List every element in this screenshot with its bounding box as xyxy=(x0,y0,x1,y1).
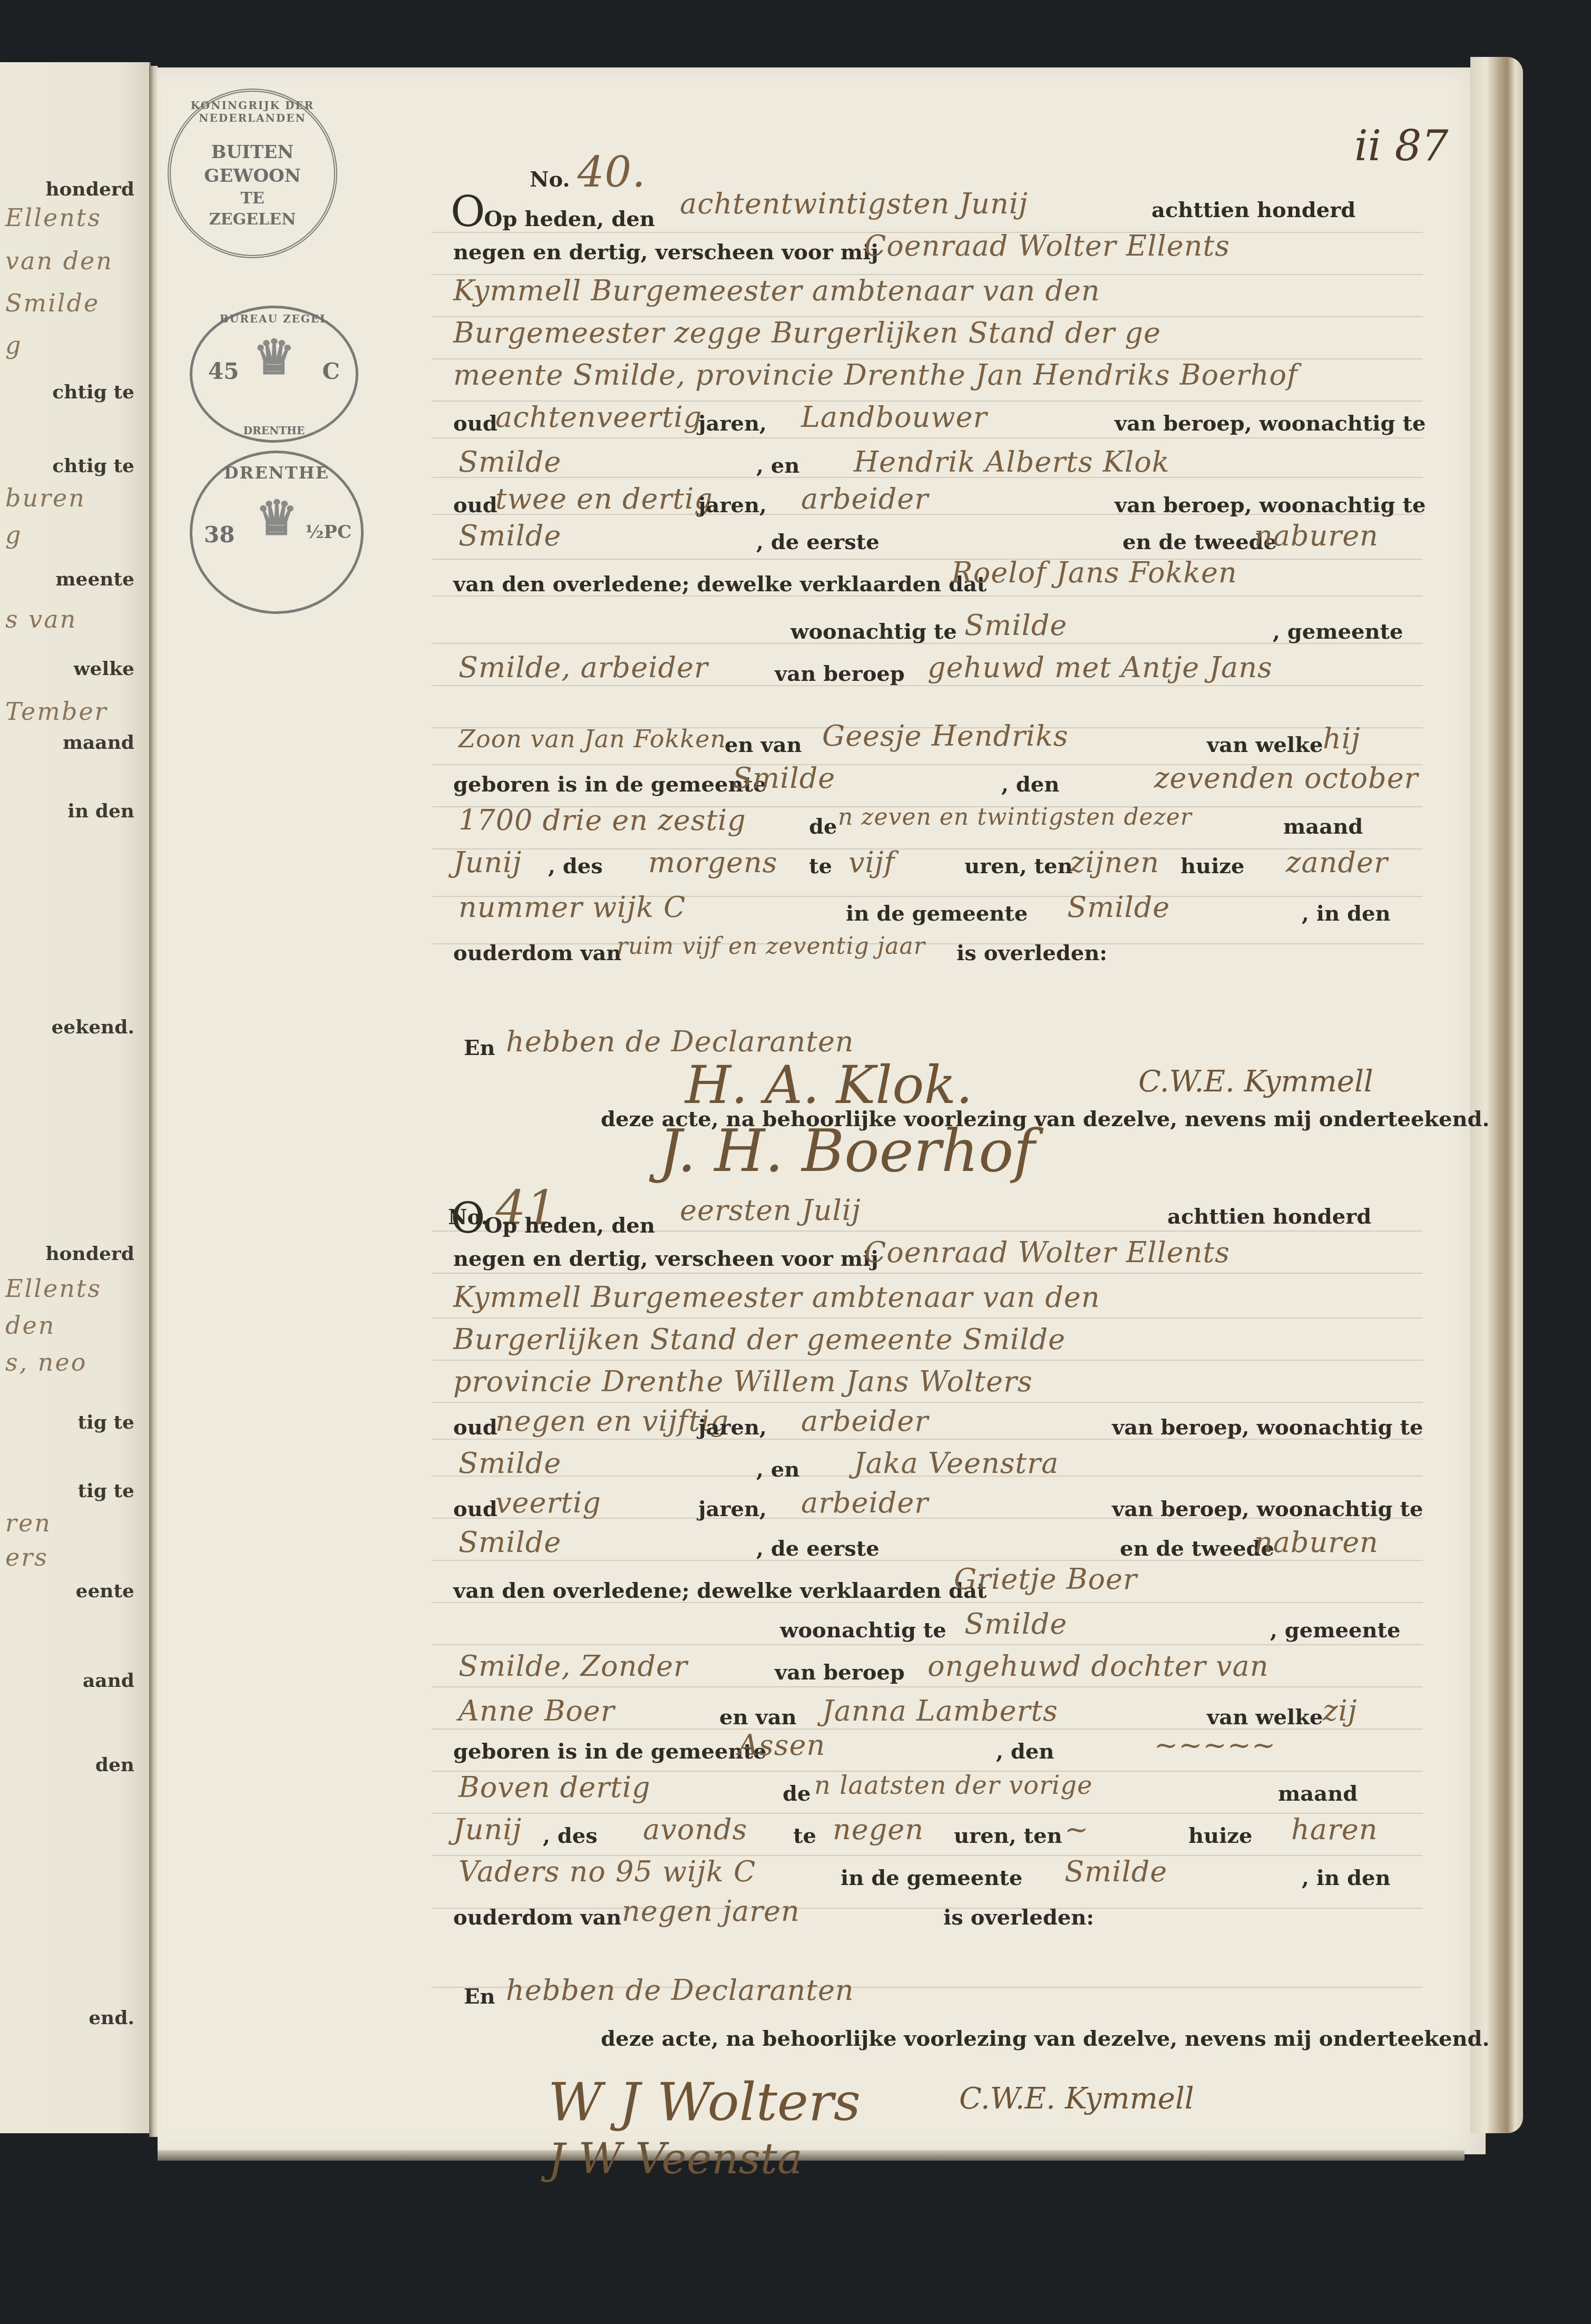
birth-year: 1700 drie en zestig xyxy=(458,804,746,837)
printed-text: , de eerste xyxy=(756,1536,880,1561)
stamp-letter: C xyxy=(323,358,340,384)
left-page-handwriting: ers xyxy=(5,1543,48,1571)
printed-text: , des xyxy=(548,854,603,878)
father-name: Anne Boer xyxy=(458,1694,615,1727)
left-page-handwriting: buren xyxy=(5,484,86,512)
signature: J W Veensta xyxy=(548,2134,803,2183)
printed-text: negen en dertig, verscheen voor mij xyxy=(453,1246,879,1271)
stamp-ring-text: BUREAU ZEGEL xyxy=(192,313,356,325)
hour: negen xyxy=(833,1813,924,1846)
left-page-fragment: maand xyxy=(63,731,134,754)
printed-text: is overleden: xyxy=(956,941,1107,965)
mother-name: Janna Lamberts xyxy=(822,1694,1058,1727)
printed-text: oud xyxy=(453,493,497,517)
handwritten-text: Kymmell Burgemeester ambtenaar van den xyxy=(453,1281,1100,1314)
page-stack-edge xyxy=(1470,57,1523,2133)
printed-text: achttien honderd xyxy=(1167,1204,1371,1229)
printed-text: , gemeente xyxy=(1270,1618,1401,1643)
mother-name: Geesje Hendriks xyxy=(822,719,1069,753)
printed-text: oud xyxy=(453,411,497,436)
printed-text: geboren is in de gemeente xyxy=(453,772,766,797)
printed-text: van den overledene; dewelke verklaarden … xyxy=(453,1578,987,1603)
signature: W J Wolters xyxy=(548,2071,861,2133)
left-page-handwriting: s van xyxy=(5,605,77,633)
deceased-occupation: Smilde, Zonder xyxy=(458,1649,688,1683)
death-date: n zeven en twintigsten dezer xyxy=(838,804,1192,831)
printed-text: huize xyxy=(1180,854,1245,878)
printed-text: En xyxy=(464,1036,495,1060)
left-page-fragment: tig te xyxy=(77,1411,134,1433)
house-detail: haren xyxy=(1291,1813,1378,1846)
witness-occupation: Landbouwer xyxy=(801,401,987,434)
printed-text: van beroep xyxy=(775,1660,905,1685)
pronoun: zij xyxy=(1323,1694,1357,1727)
printed-text: in de gemeente xyxy=(846,901,1028,926)
printed-text: uren, ten xyxy=(954,1823,1062,1848)
left-page-fragment: meente xyxy=(55,568,134,590)
page-bottom-edge xyxy=(158,2150,1465,2161)
printed-text: , den xyxy=(1001,772,1059,797)
deceased-occupation: Smilde, arbeider xyxy=(458,651,708,684)
witness-occupation: arbeider xyxy=(801,482,929,515)
crown-crest-icon: ♛ xyxy=(253,329,296,385)
left-page-handwriting: Ellents xyxy=(5,203,102,232)
left-page-fragment: honderd xyxy=(45,1243,134,1265)
deceased-residence: Smilde xyxy=(964,609,1067,642)
place-of-death: Smilde xyxy=(1067,891,1170,924)
birth-date: ~~~~~ xyxy=(1154,1729,1276,1762)
printed-text: oud xyxy=(453,1415,497,1440)
time-of-day: avonds xyxy=(643,1813,747,1846)
handwritten-text: Burgerlijken Stand der gemeente Smilde xyxy=(453,1323,1066,1356)
left-page-fragment: welke xyxy=(74,658,134,680)
printed-text: woonachtig te xyxy=(780,1618,946,1643)
printed-text: van beroep, woonachtig te xyxy=(1115,493,1426,517)
printed-text: , in den xyxy=(1302,1866,1391,1890)
deceased-name: Grietje Boer xyxy=(954,1563,1137,1596)
printed-text: woonachtig te xyxy=(790,619,957,644)
left-page-handwriting: g xyxy=(5,521,22,549)
place-of-death: Smilde xyxy=(1065,1855,1167,1888)
left-page-fragment: tig te xyxy=(77,1480,134,1502)
witness-occupation: arbeider xyxy=(801,1486,929,1519)
witness-age: negen en vijftig xyxy=(495,1404,729,1438)
stamp-ring-text: DRENTHE xyxy=(192,463,361,483)
printed-text: de xyxy=(809,814,837,839)
signature: H. A. Klok. xyxy=(685,1054,973,1116)
death-month: Junij xyxy=(453,1813,522,1846)
father-name: Zoon van Jan Fokken xyxy=(458,725,726,753)
hour: vijf xyxy=(848,846,895,879)
witness-name: Jaka Veenstra xyxy=(854,1447,1059,1480)
age-at-death: ruim vijf en zeventig jaar xyxy=(617,933,925,960)
official-name: Coenraad Wolter Ellents xyxy=(864,229,1230,262)
stamp-text: ZEGELEN xyxy=(171,210,334,229)
printed-text: van den overledene; dewelke verklaarden … xyxy=(453,572,987,597)
left-page-handwriting: den xyxy=(5,1311,55,1340)
left-page-handwriting: ren xyxy=(5,1509,52,1537)
deceased-residence: Smilde xyxy=(964,1607,1067,1641)
witness-residence: Smilde xyxy=(458,445,561,479)
stamp-text: GEWOON xyxy=(171,165,334,187)
printed-text: , den xyxy=(996,1739,1054,1764)
handwritten-text: Kymmell Burgemeester ambtenaar van den xyxy=(453,274,1100,307)
left-page-fragment: aand xyxy=(83,1669,134,1692)
printed-text: van beroep, woonachtig te xyxy=(1112,1415,1423,1440)
printed-text: jaren, xyxy=(698,1497,767,1521)
relation: naburen xyxy=(1254,519,1379,552)
birth-year: Boven dertig xyxy=(458,1771,650,1804)
left-page: honderd Ellents van den Smilde g chtig t… xyxy=(0,62,151,2133)
left-page-fragment: eekend. xyxy=(51,1016,134,1038)
handwritten-text: meente Smilde, provincie Drenthe Jan Hen… xyxy=(453,358,1298,392)
printed-text: , en xyxy=(756,1457,799,1482)
printed-text: negen en dertig, verscheen voor mij xyxy=(453,240,879,265)
left-page-handwriting: van den xyxy=(5,247,113,275)
left-page-fragment: chtig te xyxy=(52,381,134,403)
printed-text: En xyxy=(464,1984,495,2009)
stamp-ring-text: KONINGRIJK DER NEDERLANDEN xyxy=(171,99,334,124)
birth-date: zevenden october xyxy=(1154,761,1418,795)
left-page-handwriting: g xyxy=(5,331,22,359)
pronoun: hij xyxy=(1323,722,1361,755)
printed-text: van beroep xyxy=(775,661,905,686)
printed-text: en van xyxy=(719,1705,797,1730)
deceased-name: Roelof Jans Fokken xyxy=(951,556,1237,589)
signature: C.W.E. Kymmell xyxy=(959,2082,1194,2116)
book-gutter xyxy=(149,66,158,2137)
left-page-fragment: end. xyxy=(89,2007,134,2029)
crown-crest-icon: ♛ xyxy=(256,490,298,546)
printed-text: jaren, xyxy=(698,411,767,436)
printed-text: en de tweede xyxy=(1120,1536,1274,1561)
stamp-number: 38 xyxy=(204,522,235,548)
date-handwritten: eersten Julij xyxy=(680,1194,861,1227)
printed-text: van welke xyxy=(1207,1705,1323,1730)
stamp-text: TE xyxy=(171,189,334,208)
left-page-fragment: chtig te xyxy=(52,455,134,477)
signature: C.W.E. Kymmell xyxy=(1138,1065,1373,1099)
witness-age: twee en dertig xyxy=(495,482,713,515)
printed-text: en van xyxy=(725,733,802,757)
birthplace: Assen xyxy=(738,1729,825,1762)
witness-age: veertig xyxy=(495,1486,601,1519)
printed-text: huize xyxy=(1188,1823,1253,1848)
signature: J. H. Boerhof xyxy=(659,1117,1035,1185)
printed-text: Op heden, den xyxy=(484,207,655,231)
printed-text: , en xyxy=(756,453,799,478)
printed-text: van beroep, woonachtig te xyxy=(1115,411,1426,436)
time-of-day: morgens xyxy=(648,846,778,879)
printed-text: , de eerste xyxy=(756,530,880,554)
printed-text: , in den xyxy=(1302,901,1391,926)
official-name: Coenraad Wolter Ellents xyxy=(864,1236,1230,1269)
witness-residence: Smilde xyxy=(458,1526,561,1559)
house-number: Vaders no 95 wijk C xyxy=(458,1855,756,1888)
left-page-handwriting: Tember xyxy=(5,697,108,726)
printed-text: de xyxy=(783,1781,811,1806)
witness-age: achtenveertig xyxy=(495,401,702,434)
death-date: n laatsten der vorige xyxy=(814,1771,1092,1800)
house-owner: zijnen xyxy=(1070,846,1159,879)
printed-text: maand xyxy=(1278,1781,1358,1806)
printed-text: maand xyxy=(1283,814,1363,839)
printed-text: te xyxy=(793,1823,816,1848)
stamp-text: BUITEN xyxy=(171,142,334,163)
printed-text: in de gemeente xyxy=(841,1866,1022,1890)
house-detail: zander xyxy=(1286,846,1388,879)
left-page-fragment: eente xyxy=(75,1580,134,1602)
handwritten-text: Burgemeester zegge Burgerlijken Stand de… xyxy=(453,316,1161,349)
printed-text: geboren is in de gemeente xyxy=(453,1739,766,1764)
relation: naburen xyxy=(1254,1526,1379,1559)
stamp-number: 45 xyxy=(208,358,239,384)
printed-text: jaren, xyxy=(698,1415,767,1440)
left-page-fragment: den xyxy=(95,1754,134,1776)
closing-printed: deze acte, na behoorlijke voorlezing van… xyxy=(601,2026,1490,2051)
spouse: gehuwd met Antje Jans xyxy=(928,651,1273,684)
printed-text: van welke xyxy=(1207,733,1323,757)
death-month: Junij xyxy=(453,846,522,879)
left-page-handwriting: Smilde xyxy=(5,289,100,317)
printed-text: Op heden, den xyxy=(484,1213,655,1238)
folio-number: ii 87 xyxy=(1354,121,1448,170)
left-page-fragment: in den xyxy=(67,800,134,822)
printed-text: achttien honderd xyxy=(1151,198,1355,222)
printed-text: is overleden: xyxy=(943,1905,1094,1930)
printed-text: ouderdom van xyxy=(453,1905,621,1930)
witness-residence: Smilde xyxy=(458,519,561,552)
birthplace: Smilde xyxy=(733,761,835,795)
witness-residence: Smilde xyxy=(458,1447,561,1480)
witness-name: Hendrik Alberts Klok xyxy=(854,445,1169,479)
age-at-death: negen jaren xyxy=(622,1895,800,1928)
house-owner: ~ xyxy=(1065,1813,1089,1846)
closing-handwritten: hebben de Declaranten xyxy=(506,1025,854,1058)
left-page-handwriting: s, neo xyxy=(5,1348,87,1376)
house-number: nummer wijk C xyxy=(458,891,686,924)
closing-handwritten: hebben de Declaranten xyxy=(506,1974,854,2007)
stamp-bottom-text: DRENTHE xyxy=(192,424,356,437)
printed-text: van beroep, woonachtig te xyxy=(1112,1497,1423,1521)
date-handwritten: achtentwintigsten Junij xyxy=(680,187,1028,220)
printed-text: ouderdom van xyxy=(453,941,621,965)
handwritten-text: provincie Drenthe Willem Jans Wolters xyxy=(453,1365,1033,1398)
printed-text: te xyxy=(809,854,832,878)
printed-text: , gemeente xyxy=(1273,619,1403,644)
printed-text: uren, ten xyxy=(964,854,1073,878)
left-page-handwriting: Ellents xyxy=(5,1274,102,1303)
printed-text: , des xyxy=(543,1823,598,1848)
printed-text: oud xyxy=(453,1497,497,1521)
left-page-fragment: honderd xyxy=(45,178,134,200)
stamp-value: ½PC xyxy=(305,522,352,543)
kingdom-stamp: KONINGRIJK DER NEDERLANDEN BUITEN GEWOON… xyxy=(168,89,337,258)
witness-occupation: arbeider xyxy=(801,1404,929,1438)
bureau-zegel-stamp: BUREAU ZEGEL ♛ 45 C DRENTHE xyxy=(190,306,358,443)
drenthe-stamp: DRENTHE ♛ 38 ½PC xyxy=(190,451,364,614)
printed-text: jaren, xyxy=(698,493,767,517)
civil-status: ongehuwd dochter van xyxy=(928,1649,1269,1683)
